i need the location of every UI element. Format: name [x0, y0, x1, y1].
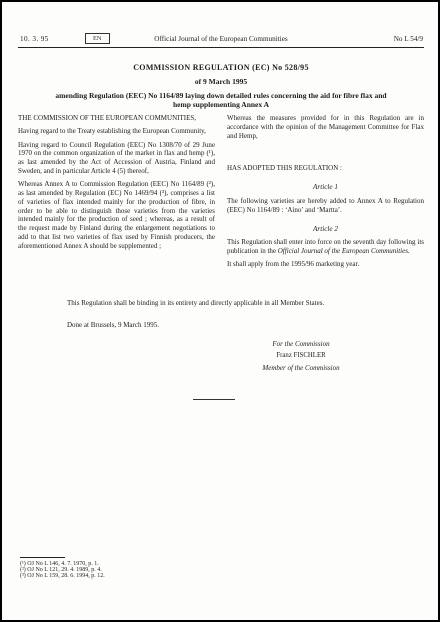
done-at-line: Done at Brussels, 9 March 1995.	[67, 321, 424, 330]
article-2-heading: Article 2	[227, 225, 424, 234]
left-column: THE COMMISSION OF THE EUROPEAN COMMUNITI…	[18, 114, 215, 274]
signature-block: For the Commission Franz FISCHLER Member…	[220, 338, 382, 374]
adoption-clause: HAS ADOPTED THIS REGULATION :	[227, 164, 424, 173]
journal-title: Official Journal of the European Communi…	[18, 35, 424, 43]
regulation-title-block: COMMISSION REGULATION (EC) No 528/95 of …	[32, 63, 410, 109]
binding-clause: This Regulation shall be binding in its …	[67, 299, 357, 308]
regulation-title: COMMISSION REGULATION (EC) No 528/95	[32, 63, 410, 72]
body-columns: THE COMMISSION OF THE EUROPEAN COMMUNITI…	[18, 114, 424, 274]
regulation-subtitle: amending Regulation (EEC) No 1164/89 lay…	[49, 91, 393, 109]
article-2-body-journal-ref: Official Journal of the European Communi…	[278, 247, 410, 255]
article-2-body: This Regulation shall enter into force o…	[227, 238, 424, 256]
footnote-rule	[20, 557, 65, 558]
article-1-heading: Article 1	[227, 183, 424, 192]
preamble-commission: THE COMMISSION OF THE EUROPEAN COMMUNITI…	[18, 114, 215, 123]
right-column: Whereas the measures provided for in thi…	[227, 114, 424, 274]
document-page: 10. 3. 95 EN Official Journal of the Eur…	[0, 0, 440, 622]
article-1-body: The following varieties are hereby added…	[227, 197, 424, 215]
signature-name: Franz FISCHLER	[220, 350, 382, 362]
preamble-treaty: Having regard to the Treaty establishing…	[18, 127, 215, 136]
footnotes-block: (¹) OJ No L 146, 4. 7. 1970, p. 1. (²) O…	[20, 557, 105, 579]
article-2-application: It shall apply from the 1995/96 marketin…	[227, 260, 424, 269]
page-header: 10. 3. 95 EN Official Journal of the Eur…	[18, 32, 424, 48]
preamble-council-regulation: Having regard to Council Regulation (EEC…	[18, 141, 215, 176]
signature-title: Member of the Commission	[220, 362, 382, 374]
signature-for: For the Commission	[220, 338, 382, 350]
regulation-date: of 9 March 1995	[32, 77, 410, 86]
recital-management-committee: Whereas the measures provided for in thi…	[227, 114, 424, 140]
closing-section: This Regulation shall be binding in its …	[18, 299, 424, 374]
page-number: No L 54/9	[394, 35, 423, 43]
end-rule	[193, 399, 235, 400]
recital-annex-a: Whereas Annex A to Commission Regulation…	[18, 180, 215, 250]
footnote-1: (¹) OJ No L 146, 4. 7. 1970, p. 1.	[20, 561, 105, 567]
footnote-3: (³) OJ No L 159, 28. 6. 1994, p. 12.	[20, 573, 105, 579]
